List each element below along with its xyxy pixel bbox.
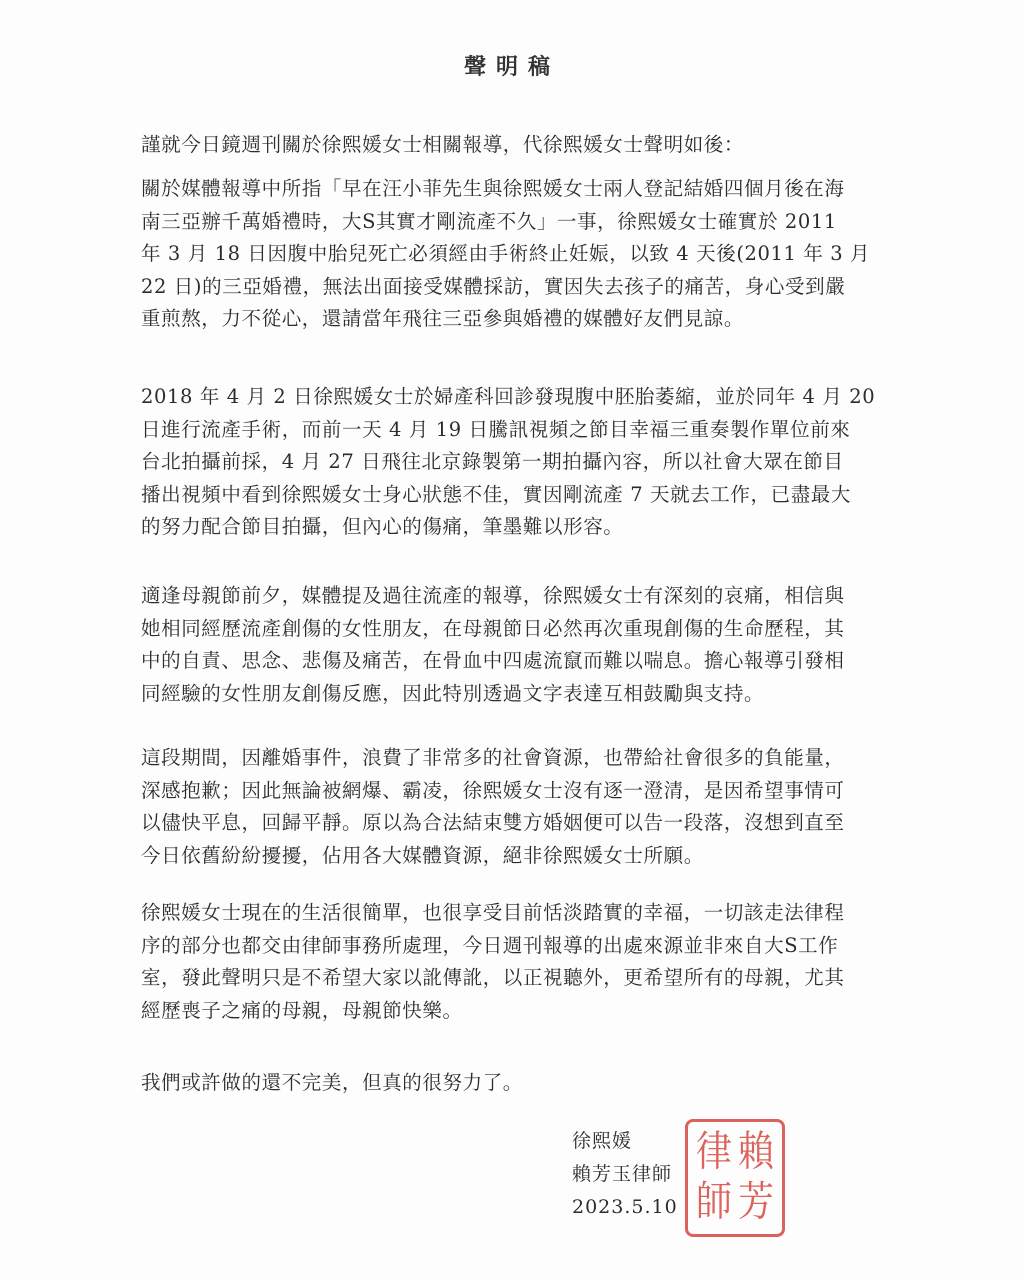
text-line: 關於媒體報導中所指「早在汪小菲先生與徐熙媛女士兩人登記結婚四個月後在海 [141, 173, 891, 206]
paragraph-miscarriage-2011: 關於媒體報導中所指「早在汪小菲先生與徐熙媛女士兩人登記結婚四個月後在海 南三亞辦… [141, 173, 891, 336]
document-title: 聲明稿 [0, 50, 1024, 81]
text-line: 重煎熬，力不從心，還請當年飛往三亞參與婚禮的媒體好友們見諒。 [141, 303, 891, 336]
text-line: 播出視頻中看到徐熙媛女士身心狀態不佳，實因剛流產 7 天就去工作，已盡最大 [141, 479, 891, 512]
signature-date: 2023.5.10 [572, 1191, 678, 1224]
document-page: 聲明稿 謹就今日鏡週刊關於徐熙媛女士相關報導，代徐熙媛女士聲明如後： 關於媒體報… [0, 0, 1024, 1280]
paragraph-divorce: 這段期間，因離婚事件，浪費了非常多的社會資源，也帶給社會很多的負能量， 深感抱歉… [141, 742, 891, 872]
text-line: 室，發此聲明只是不希望大家以訛傳訛，以正視聽外，更希望所有的母親，尤其 [141, 962, 891, 995]
text-line: 她相同經歷流產創傷的女性朋友，在母親節日必然再次重現創傷的生命歷程，其 [141, 613, 891, 646]
text-line: 2018 年 4 月 2 日徐熙媛女士於婦產科回診發現腹中胚胎萎縮，並於同年 4… [141, 381, 891, 414]
text-line: 經歷喪子之痛的母親，母親節快樂。 [141, 995, 891, 1028]
paragraph-miscarriage-2018: 2018 年 4 月 2 日徐熙媛女士於婦產科回診發現腹中胚胎萎縮，並於同年 4… [141, 381, 891, 544]
text-line: 南三亞辦千萬婚禮時，大S其實才剛流產不久」一事，徐熙媛女士確實於 2011 [141, 206, 891, 239]
paragraph-mothers-day: 適逢母親節前夕，媒體提及過往流產的報導，徐熙媛女士有深刻的哀痛，相信與 她相同經… [141, 580, 891, 710]
text-line: 徐熙媛女士現在的生活很簡單，也很享受目前恬淡踏實的幸福，一切該走法律程 [141, 897, 891, 930]
closing-paragraph: 我們或許做的還不完美，但真的很努力了。 [141, 1067, 891, 1100]
seal-char: 律 [693, 1124, 735, 1182]
signature-block: 徐熙媛 賴芳玉律師 2023.5.10 [572, 1125, 678, 1224]
lawyer-seal-stamp: 律 賴 師 芳 [685, 1119, 785, 1237]
signatory-name: 徐熙媛 [572, 1125, 678, 1158]
text-line: 同經驗的女性朋友創傷反應，因此特別透過文字表達互相鼓勵與支持。 [141, 678, 891, 711]
text-line: 年 3 月 18 日因腹中胎兒死亡必須經由手術終止妊娠，以致 4 天後(2011… [141, 238, 891, 271]
text-line: 日進行流產手術，而前一天 4 月 19 日騰訊視頻之節目幸福三重奏製作單位前來 [141, 414, 891, 447]
text-line: 這段期間，因離婚事件，浪費了非常多的社會資源，也帶給社會很多的負能量， [141, 742, 891, 775]
intro-paragraph: 謹就今日鏡週刊關於徐熙媛女士相關報導，代徐熙媛女士聲明如後： [141, 129, 891, 162]
lawyer-name: 賴芳玉律師 [572, 1158, 678, 1191]
text-line: 序的部分也都交由律師事務所處理，今日週刊報導的出處來源並非來自大S工作 [141, 930, 891, 963]
text-line: 22 日)的三亞婚禮，無法出面接受媒體採訪，實因失去孩子的痛苦，身心受到嚴 [141, 271, 891, 304]
seal-char: 賴 [735, 1124, 777, 1182]
text-line: 中的自責、思念、悲傷及痛苦，在骨血中四處流竄而難以喘息。擔心報導引發相 [141, 645, 891, 678]
text-line: 台北拍攝前採，4 月 27 日飛往北京錄製第一期拍攝內容，所以社會大眾在節目 [141, 446, 891, 479]
text-line: 謹就今日鏡週刊關於徐熙媛女士相關報導，代徐熙媛女士聲明如後： [141, 129, 891, 162]
text-line: 我們或許做的還不完美，但真的很努力了。 [141, 1067, 891, 1100]
text-line: 適逢母親節前夕，媒體提及過往流產的報導，徐熙媛女士有深刻的哀痛，相信與 [141, 580, 891, 613]
text-line: 今日依舊紛紛擾擾，佔用各大媒體資源，絕非徐熙媛女士所願。 [141, 840, 891, 873]
text-line: 深感抱歉；因此無論被網爆、霸凌，徐熙媛女士沒有逐一澄清，是因希望事情可 [141, 775, 891, 808]
text-line: 的努力配合節目拍攝，但內心的傷痛，筆墨難以形容。 [141, 511, 891, 544]
seal-char: 芳 [735, 1174, 777, 1232]
paragraph-current-life: 徐熙媛女士現在的生活很簡單，也很享受目前恬淡踏實的幸福，一切該走法律程 序的部分… [141, 897, 891, 1027]
text-line: 以儘快平息，回歸平靜。原以為合法結束雙方婚姻便可以告一段落，沒想到直至 [141, 807, 891, 840]
seal-char: 師 [693, 1174, 735, 1232]
